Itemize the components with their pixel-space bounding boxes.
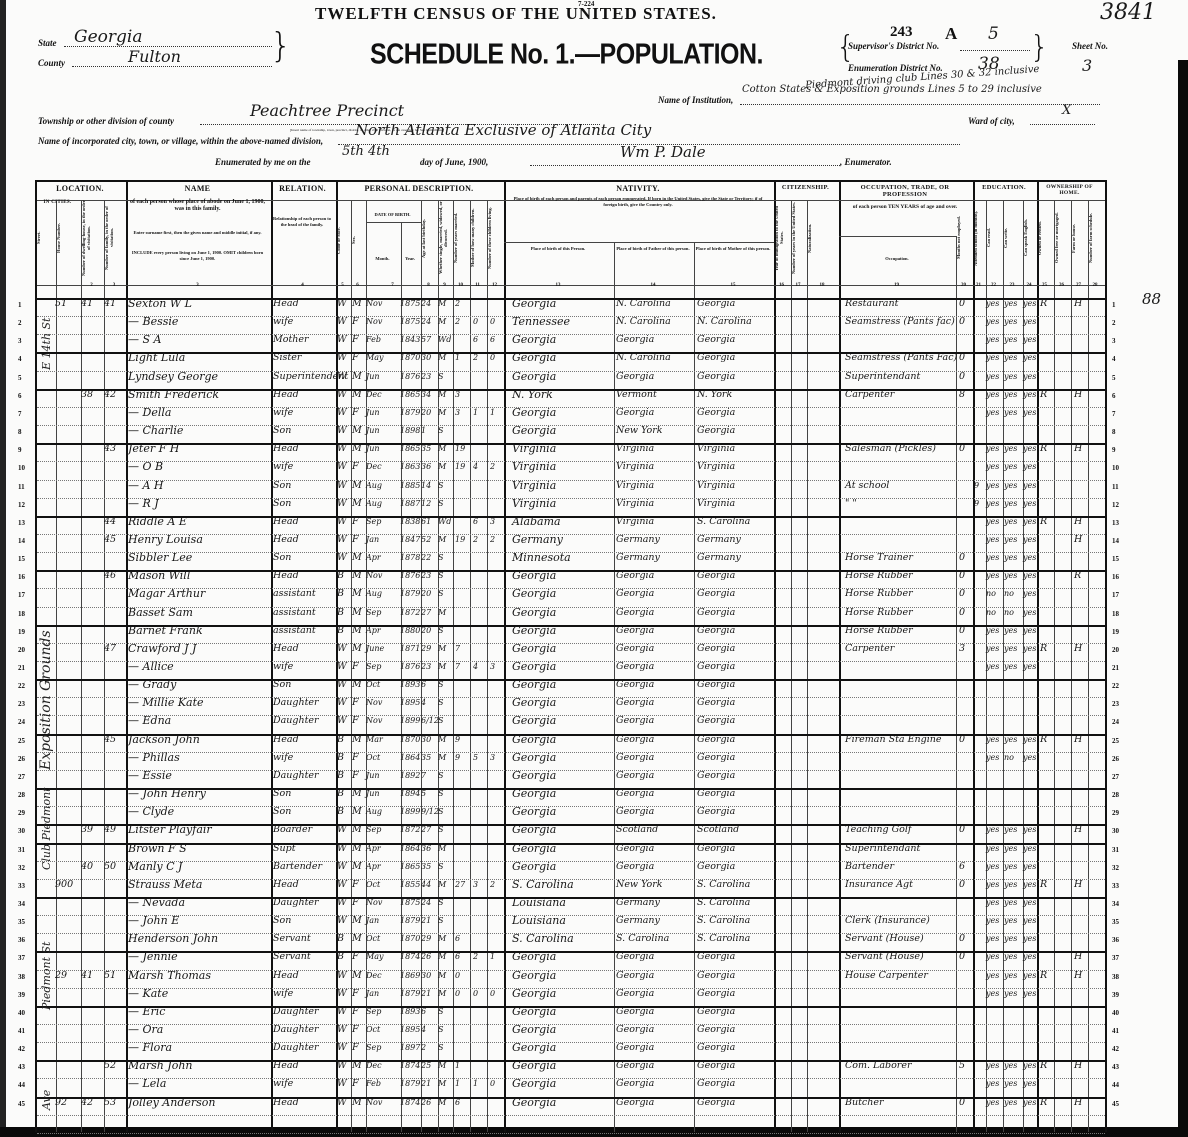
- header-name-instr1: Enter surname first, then the given name…: [130, 230, 265, 236]
- row-rule: [37, 1115, 1105, 1116]
- color: W: [337, 387, 347, 403]
- table-row: 141445Henry LouisaHeadWFJan184752M1922Ge…: [0, 532, 1188, 550]
- birthplace-person: Georgia: [512, 1058, 556, 1074]
- table-row: 4141— OraDaughterWFOct18954SGeorgiaGeorg…: [0, 1022, 1188, 1040]
- birth-month: Jun: [366, 369, 380, 385]
- line-number-left: 41: [18, 1027, 25, 1035]
- birth-month: Sep: [366, 822, 381, 838]
- can-speak-english: yes: [1023, 568, 1036, 584]
- birthplace-person: Louisiana: [512, 913, 566, 929]
- person-name: Marsh John: [128, 1058, 193, 1074]
- color: W: [337, 841, 347, 857]
- person-name: — Della: [128, 405, 171, 421]
- color: W: [337, 968, 347, 984]
- age: 14: [421, 478, 431, 494]
- line-number-right: 29: [1112, 809, 1119, 817]
- birth-month: May: [366, 350, 383, 366]
- birth-year: 1871: [400, 641, 420, 657]
- birthplace-father: Georgia: [616, 369, 654, 385]
- months-unemployed: 0: [959, 732, 965, 748]
- birthplace-father: Georgia: [616, 677, 654, 693]
- birth-year: 1875: [400, 296, 420, 312]
- birth-month: Sep: [366, 514, 381, 530]
- line-number-left: 42: [18, 1045, 25, 1053]
- family-number: 47: [104, 641, 116, 657]
- marital-status: S: [438, 586, 443, 602]
- can-speak-english: yes: [1023, 369, 1036, 385]
- can-write: yes: [1004, 296, 1017, 312]
- occupation: Servant (House): [845, 931, 924, 947]
- sex: M: [352, 586, 362, 602]
- relation: Son: [273, 786, 291, 802]
- birthplace-father: Georgia: [616, 605, 654, 621]
- birthplace-person: Georgia: [512, 822, 556, 838]
- age: 24: [421, 314, 431, 330]
- can-speak-english: yes: [1023, 623, 1036, 639]
- can-write: yes: [1004, 441, 1017, 457]
- color: W: [337, 895, 347, 911]
- can-speak-english: yes: [1023, 986, 1036, 1002]
- supervisor-district-label: Supervisor's District No.: [848, 41, 939, 51]
- table-row: 55Lyndsey GeorgeSuperintendentWMJun18762…: [0, 369, 1188, 387]
- vertical-header-age: Age at last birthday.: [421, 200, 436, 276]
- birth-year: 1870: [400, 931, 420, 947]
- line-number-right: 38: [1112, 973, 1119, 981]
- line-number-left: 33: [18, 882, 25, 890]
- owned-rented: R: [1040, 296, 1047, 312]
- age: 26: [421, 1095, 431, 1111]
- can-write: yes: [1004, 350, 1017, 366]
- age: 35: [421, 441, 431, 457]
- relation: Son: [273, 677, 291, 693]
- owned-rented: R: [1040, 1058, 1047, 1074]
- can-read: yes: [986, 550, 999, 566]
- birthplace-mother: Georgia: [697, 350, 735, 366]
- birthplace-father: Virginia: [616, 478, 654, 494]
- state-value: Georgia: [74, 27, 142, 47]
- person-name: — Charlie: [128, 423, 183, 439]
- relation: Son: [273, 478, 291, 494]
- years-married: 27: [455, 877, 465, 893]
- age: 52: [421, 532, 431, 548]
- can-read: yes: [986, 623, 999, 639]
- person-name: — A H: [128, 478, 164, 494]
- header-relation: RELATION.: [270, 184, 335, 193]
- birthplace-father: N. Carolina: [616, 350, 671, 366]
- age: 6: [421, 1004, 426, 1020]
- house-number: 92: [55, 1095, 67, 1111]
- color: W: [337, 550, 347, 566]
- person-name: Barnet Frank: [128, 623, 203, 639]
- birthplace-person: Georgia: [512, 1004, 556, 1020]
- age: 30: [421, 350, 431, 366]
- family-number: 53: [104, 1095, 116, 1111]
- birthplace-father: Georgia: [616, 768, 654, 784]
- table-row: 9943Jeter F HHeadWMJun186535M19VirginiaV…: [0, 441, 1188, 459]
- birthplace-mother: Georgia: [697, 968, 735, 984]
- birthplace-mother: Georgia: [697, 332, 735, 348]
- birth-month: Nov: [366, 713, 382, 729]
- line-number-left: 9: [18, 446, 22, 454]
- column-number: 12: [486, 283, 503, 288]
- line-number-left: 1: [18, 301, 22, 309]
- relation: Head: [273, 877, 299, 893]
- column-number: 6: [350, 283, 365, 288]
- birthplace-mother: Georgia: [697, 677, 735, 693]
- can-write: yes: [1004, 949, 1017, 965]
- column-number: 14: [613, 283, 693, 288]
- line-number-left: 19: [18, 628, 25, 636]
- birthplace-person: Georgia: [512, 568, 556, 584]
- line-number-left: 22: [18, 682, 25, 690]
- farm-or-house: R: [1074, 568, 1081, 584]
- years-married: 0: [455, 986, 460, 1002]
- marital-status: M: [438, 314, 446, 330]
- table-row: 2828— John HenrySonBMJun18945SGeorgiaGeo…: [0, 786, 1188, 804]
- person-name: Jackson John: [128, 732, 200, 748]
- birth-month: Aug: [366, 586, 382, 602]
- birthplace-mother: Germany: [697, 532, 741, 548]
- family-number: 44: [104, 514, 116, 530]
- table-row: 202047Crawford J JHeadWMJune187129M7Geor…: [0, 641, 1188, 659]
- years-married: 19: [455, 441, 465, 457]
- birthplace-mother: Scotland: [697, 822, 739, 838]
- age: 1: [421, 423, 426, 439]
- owned-rented: R: [1040, 732, 1047, 748]
- can-write: yes: [1004, 877, 1017, 893]
- table-row: 2121— AllicewifeWFSep187623M743GeorgiaGe…: [0, 659, 1188, 677]
- color: B: [337, 804, 344, 820]
- birth-month: Sep: [366, 659, 381, 675]
- birthplace-person: Georgia: [512, 586, 556, 602]
- can-write: yes: [1004, 986, 1017, 1002]
- color: B: [337, 931, 344, 947]
- person-name: Magar Arthur: [128, 586, 205, 602]
- can-speak-english: yes: [1023, 968, 1036, 984]
- months-unemployed: 0: [959, 949, 965, 965]
- birthplace-father: Virginia: [616, 496, 654, 512]
- table-row: 22— BessiewifeWFNov187524M200TennesseeN.…: [0, 314, 1188, 332]
- occupation: Horse Rubber: [845, 586, 913, 602]
- relation: wife: [273, 1076, 293, 1092]
- can-speak-english: yes: [1023, 895, 1036, 911]
- sex: M: [352, 804, 362, 820]
- line-number-right: 17: [1112, 591, 1119, 599]
- can-read: yes: [986, 405, 999, 421]
- birthplace-mother: Georgia: [697, 405, 735, 421]
- birth-month: Aug: [366, 804, 382, 820]
- can-write: yes: [1004, 514, 1017, 530]
- sheet-label: Sheet No.: [1072, 41, 1108, 51]
- header-ownership: OWNERSHIP OF HOME.: [1036, 184, 1103, 196]
- birth-year: 1865: [400, 387, 420, 403]
- birth-month: June: [366, 641, 384, 657]
- line-number-left: 8: [18, 428, 22, 436]
- can-write: yes: [1004, 895, 1017, 911]
- person-name: — R J: [128, 496, 159, 512]
- marital-status: S: [438, 568, 443, 584]
- line-number-left: 38: [18, 973, 25, 981]
- mother-of: 1: [473, 1076, 478, 1092]
- birth-year: 1887: [400, 496, 420, 512]
- years-married: 19: [455, 459, 465, 475]
- can-read: yes: [986, 459, 999, 475]
- birthplace-person: Georgia: [512, 369, 556, 385]
- can-write: yes: [1004, 550, 1017, 566]
- birth-year: 1838: [400, 514, 420, 530]
- birth-month: Mar: [366, 732, 383, 748]
- mother-of: 2: [473, 350, 478, 366]
- marital-status: M: [438, 877, 446, 893]
- marital-status: M: [438, 641, 446, 657]
- birth-month: Sep: [366, 605, 381, 621]
- sex: M: [352, 423, 362, 439]
- age: 27: [421, 822, 431, 838]
- table-row: 4545924253Jolley AndersonHeadWMNov187426…: [0, 1095, 1188, 1113]
- occupation: Superintendant: [845, 841, 920, 857]
- birth-year: 1879: [400, 1076, 420, 1092]
- column-number: 16: [773, 283, 790, 288]
- birth-month: Nov: [366, 895, 382, 911]
- table-row: 30303949Litster PlayfairBoarderWMSep1872…: [0, 822, 1188, 840]
- person-name: Jeter F H: [128, 441, 179, 457]
- relation: Daughter: [273, 1040, 319, 1056]
- color: W: [337, 405, 347, 421]
- relation: Son: [273, 496, 291, 512]
- sex: F: [352, 350, 359, 366]
- person-name: — Essie: [128, 768, 172, 784]
- birth-year: 1880: [400, 623, 420, 639]
- children-living: 2: [490, 877, 495, 893]
- relation: Daughter: [273, 768, 319, 784]
- enumerated-suffix: day of June, 1900,: [420, 157, 488, 167]
- birth-month: Dec: [366, 387, 382, 403]
- column-number: 28: [1087, 283, 1103, 288]
- line-number-left: 5: [18, 374, 22, 382]
- line-number-right: 16: [1112, 573, 1119, 581]
- table-row: 2929— ClydeSonBMAug18999/12SGeorgiaGeorg…: [0, 804, 1188, 822]
- can-write: yes: [1004, 641, 1017, 657]
- color: W: [337, 822, 347, 838]
- city-value: North Atlanta Exclusive of Atlanta City: [355, 121, 651, 139]
- birth-year: 1864: [400, 750, 420, 766]
- marital-status: S: [438, 804, 443, 820]
- birthplace-person: Georgia: [512, 949, 556, 965]
- birthplace-father: Georgia: [616, 841, 654, 857]
- birthplace-mother: Georgia: [697, 859, 735, 875]
- color: W: [337, 1095, 347, 1111]
- can-speak-english: yes: [1023, 1076, 1036, 1092]
- owned-rented: R: [1040, 387, 1047, 403]
- occupation: Clerk (Insurance): [845, 913, 930, 929]
- person-name: Henderson John: [128, 931, 218, 947]
- birth-year: 1897: [400, 1040, 420, 1056]
- header-occupation-desc: of each person TEN YEARS of age and over…: [842, 205, 968, 211]
- months-unemployed: 0: [959, 822, 965, 838]
- farm-or-house: H: [1074, 1058, 1082, 1074]
- birth-month: May: [366, 949, 383, 965]
- line-number-left: 14: [18, 537, 25, 545]
- line-number-right: 24: [1112, 718, 1119, 726]
- color: W: [337, 1076, 347, 1092]
- birth-month: Apr: [366, 623, 381, 639]
- age: 22: [421, 550, 431, 566]
- sex: M: [352, 387, 362, 403]
- column-number: 4: [270, 283, 335, 288]
- birthplace-father: Georgia: [616, 750, 654, 766]
- person-name: — Kate: [128, 986, 168, 1002]
- person-name: — S A: [128, 332, 161, 348]
- line-number-left: 12: [18, 501, 25, 509]
- children-living: 1: [490, 949, 495, 965]
- line-number-right: 12: [1112, 501, 1119, 509]
- relation: Head: [273, 1095, 299, 1111]
- birth-month: Jun: [366, 423, 380, 439]
- mother-of: 2: [473, 532, 478, 548]
- person-name: Basset Sam: [128, 605, 193, 621]
- birth-month: Jun: [366, 768, 380, 784]
- can-read: yes: [986, 1095, 999, 1111]
- table-row: 3535— John ESonWMJan187921SLouisianaGerm…: [0, 913, 1188, 931]
- line-number-right: 22: [1112, 682, 1119, 690]
- header-occupation-col: Occupation.: [842, 256, 952, 262]
- birthplace-father: Georgia: [616, 586, 654, 602]
- can-speak-english: yes: [1023, 1095, 1036, 1111]
- vertical-header-house: House Number.: [56, 200, 79, 276]
- birthplace-person: Virginia: [512, 496, 556, 512]
- sex: M: [352, 369, 362, 385]
- birth-month: Oct: [366, 877, 380, 893]
- farm-or-house: H: [1074, 732, 1082, 748]
- age: 44: [421, 877, 431, 893]
- relation: assistant: [273, 623, 316, 639]
- color: B: [337, 786, 344, 802]
- color: W: [337, 1040, 347, 1056]
- birth-year: 1875: [400, 314, 420, 330]
- occupation: Butcher: [845, 1095, 884, 1111]
- can-write: yes: [1004, 968, 1017, 984]
- owned-rented: R: [1040, 641, 1047, 657]
- can-speak-english: yes: [1023, 750, 1036, 766]
- years-married: 19: [455, 532, 465, 548]
- birthplace-father: Vermont: [616, 387, 657, 403]
- mother-of: 1: [473, 405, 478, 421]
- can-read: yes: [986, 314, 999, 330]
- birth-month: Nov: [366, 314, 382, 330]
- relation: Head: [273, 296, 299, 312]
- birth-year: 1869: [400, 968, 420, 984]
- can-read: yes: [986, 369, 999, 385]
- birthplace-mother: S. Carolina: [697, 913, 750, 929]
- can-read: yes: [986, 441, 999, 457]
- color: W: [337, 441, 347, 457]
- birth-year: 1892: [400, 768, 420, 784]
- color: W: [337, 296, 347, 312]
- can-speak-english: yes: [1023, 332, 1036, 348]
- birthplace-father: Virginia: [616, 441, 654, 457]
- birth-year: 1893: [400, 1004, 420, 1020]
- enumerated-label: Enumerated by me on the: [215, 157, 311, 167]
- birthplace-father: Georgia: [616, 623, 654, 639]
- header-education: EDUCATION.: [972, 184, 1036, 191]
- color: W: [337, 1004, 347, 1020]
- house-number: 29: [55, 968, 67, 984]
- birth-year: 1879: [400, 586, 420, 602]
- person-name: — Nevada: [128, 895, 185, 911]
- vertical-header-school: Attended school (in months).: [973, 200, 984, 276]
- table-row: 4242— FloraDaughterWFSep18972SGeorgiaGeo…: [0, 1040, 1188, 1058]
- relation: assistant: [273, 586, 316, 602]
- person-name: — John E: [128, 913, 179, 929]
- color: W: [337, 986, 347, 1002]
- relation: Head: [273, 514, 299, 530]
- age: 29: [421, 931, 431, 947]
- color: W: [337, 913, 347, 929]
- birth-year: 1865: [400, 859, 420, 875]
- marital-status: S: [438, 369, 443, 385]
- line-number-right: 35: [1112, 918, 1119, 926]
- dwelling-number: 40: [81, 859, 93, 875]
- line-number-right: 9: [1112, 446, 1116, 454]
- age: 30: [421, 732, 431, 748]
- line-number-right: 6: [1112, 392, 1116, 400]
- birthplace-father: Germany: [616, 895, 660, 911]
- person-name: Smith Frederick: [128, 387, 219, 403]
- can-write: yes: [1004, 1095, 1017, 1111]
- table-row: 4040— EricDaughterWFSep18936SGeorgiaGeor…: [0, 1004, 1188, 1022]
- age: 36: [421, 459, 431, 475]
- can-read: yes: [986, 514, 999, 530]
- line-number-right: 23: [1112, 700, 1119, 708]
- farm-or-house: H: [1074, 532, 1082, 548]
- marital-status: S: [438, 822, 443, 838]
- column-number: 3: [103, 283, 125, 288]
- enumerator-name: Wm P. Dale: [620, 143, 706, 161]
- sex: F: [352, 459, 359, 475]
- sex: F: [352, 768, 359, 784]
- months-unemployed: 8: [959, 387, 965, 403]
- school-months: 9: [974, 478, 979, 494]
- can-speak-english: yes: [1023, 822, 1036, 838]
- farm-or-house: H: [1074, 296, 1082, 312]
- birthplace-mother: Germany: [697, 550, 741, 566]
- can-write: yes: [1004, 623, 1017, 639]
- family-number: 43: [104, 441, 116, 457]
- person-name: — Clyde: [128, 804, 174, 820]
- months-unemployed: 5: [959, 1058, 965, 1074]
- birthplace-mother: Georgia: [697, 296, 735, 312]
- person-name: Henry Louisa: [128, 532, 203, 548]
- birthplace-person: Georgia: [512, 768, 556, 784]
- color: W: [337, 1058, 347, 1074]
- age: 27: [421, 605, 431, 621]
- birthplace-person: Georgia: [512, 732, 556, 748]
- birthplace-father: New York: [616, 877, 663, 893]
- table-row: 1111— A HSonWMAug188514SVirginiaVirginia…: [0, 478, 1188, 496]
- birth-year: 1895: [400, 1022, 420, 1038]
- sex: M: [352, 296, 362, 312]
- table-row: 2323— Millie KateDaughterWFNov18954SGeor…: [0, 695, 1188, 713]
- sex: M: [352, 496, 362, 512]
- marital-status: M: [438, 750, 446, 766]
- line-number-left: 31: [18, 846, 25, 854]
- farm-or-house: H: [1074, 514, 1082, 530]
- age: 6: [421, 677, 426, 693]
- vertical-header-months-unemployed: Months not employed.: [956, 200, 971, 276]
- marital-status: S: [438, 786, 443, 802]
- sex: F: [352, 532, 359, 548]
- marital-status: M: [438, 1095, 446, 1111]
